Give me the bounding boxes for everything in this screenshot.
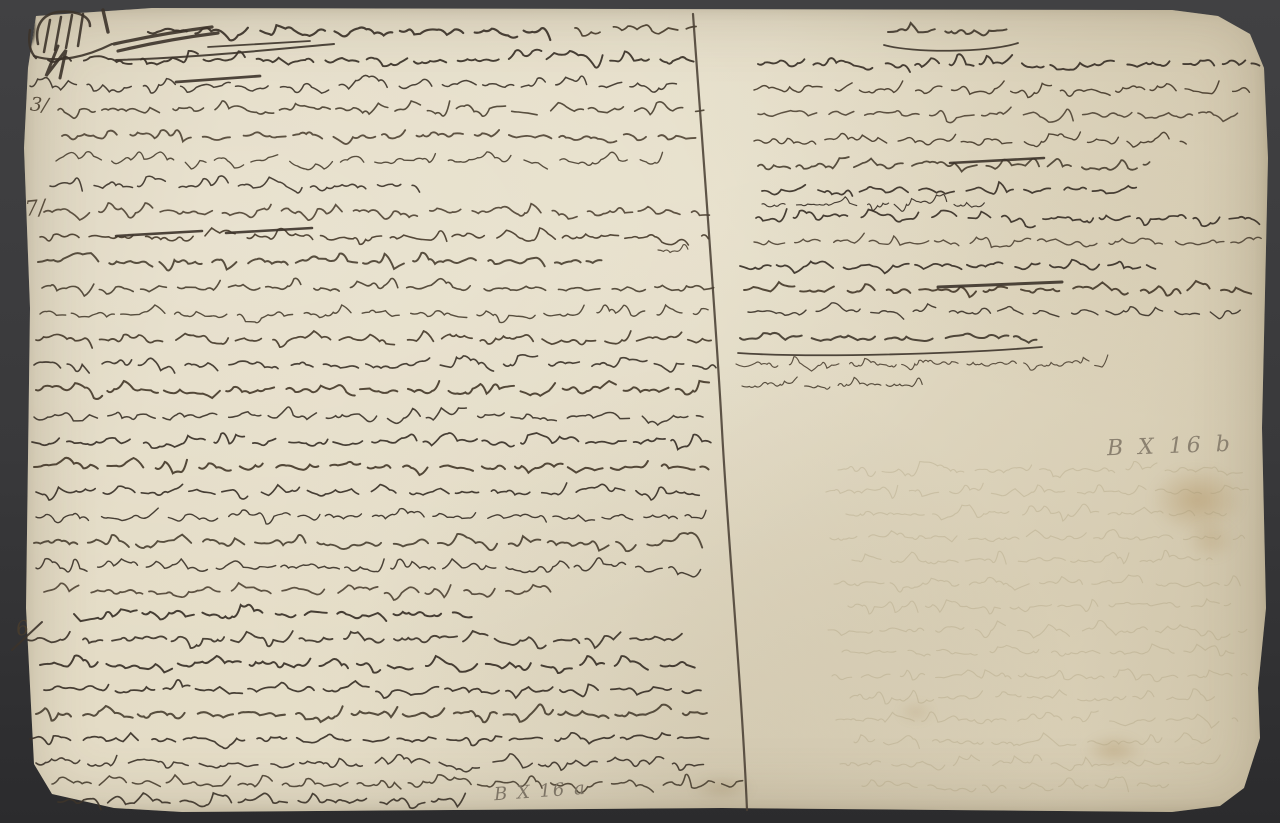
ink-mark [46, 46, 66, 78]
handwriting-line [834, 575, 1240, 592]
handwriting-line [40, 656, 695, 673]
handwriting-line [34, 355, 716, 373]
handwriting-line [850, 689, 1215, 704]
ink-mark [226, 228, 312, 233]
handwriting-line [826, 483, 1248, 498]
handwriting-line [62, 130, 696, 144]
ink-mark [44, 20, 50, 52]
handwriting-line [852, 550, 1212, 564]
ink-mark [66, 15, 72, 48]
handwriting-line [862, 777, 1169, 793]
handwriting-line [52, 774, 743, 792]
scan-background: 3/ 7/ 6 B X 16 b B X 16 a [0, 0, 1280, 823]
handwriting-line [42, 278, 714, 296]
handwriting-line [50, 176, 420, 193]
handwriting-line [575, 25, 696, 36]
handwriting-line [58, 101, 704, 118]
handwriting-line [44, 203, 709, 220]
handwriting-line [36, 483, 699, 500]
handwriting-line [754, 132, 1186, 147]
handwriting-line [740, 260, 1155, 274]
handwriting-line [34, 407, 703, 425]
handwriting-line [28, 631, 682, 648]
handwriting-line [32, 433, 711, 450]
handwriting-line [836, 711, 1238, 728]
handwriting-line [758, 54, 1259, 72]
handwriting-line [854, 733, 1211, 749]
handwriting-line [56, 152, 663, 170]
handwriting-line [658, 245, 688, 253]
margin-number: 7/ [24, 195, 47, 221]
handwriting-line [740, 333, 1037, 343]
handwriting-line [36, 754, 704, 772]
handwriting-ink-layer [0, 0, 1280, 823]
ink-mark [884, 43, 1018, 51]
handwriting-line [756, 209, 1260, 228]
handwriting-line [840, 755, 1220, 771]
handwriting-line [742, 377, 922, 389]
handwriting-line [34, 533, 702, 551]
handwriting-line [36, 508, 706, 524]
handwriting-line [44, 583, 551, 600]
handwriting-line [762, 182, 1136, 196]
handwriting-line [848, 599, 1231, 614]
handwriting-line [758, 157, 1150, 172]
handwriting-line [30, 733, 709, 749]
ink-mark [78, 14, 83, 46]
handwriting-line [758, 107, 1238, 122]
handwriting-line [30, 75, 676, 93]
handwriting-line [754, 233, 1261, 247]
handwriting-line [44, 680, 701, 698]
handwriting-line [842, 644, 1234, 656]
ink-mark [116, 231, 202, 236]
handwriting-line [40, 228, 708, 245]
handwriting-line [34, 458, 709, 475]
handwriting-line [74, 605, 472, 621]
handwriting-line [762, 194, 984, 211]
handwriting-line [36, 331, 711, 348]
margin-number: 3/ [29, 93, 49, 116]
handwriting-line [40, 305, 708, 323]
ink-mark [29, 30, 36, 58]
handwriting-line [36, 704, 707, 722]
ink-mark [176, 76, 260, 82]
handwriting-line [754, 81, 1249, 98]
ink-mark [208, 41, 310, 47]
ink-mark [103, 10, 108, 32]
handwriting-line [888, 23, 1007, 35]
handwriting-line [846, 504, 1226, 521]
handwriting-line [36, 558, 701, 577]
handwriting-line [36, 381, 709, 399]
handwriting-line [838, 461, 1242, 477]
handwriting-line [830, 530, 1245, 542]
handwriting-line [58, 793, 465, 810]
handwriting-line [748, 303, 1240, 319]
handwriting-line [828, 621, 1247, 640]
ink-mark [738, 347, 1042, 355]
handwriting-line [38, 253, 602, 271]
handwriting-line [832, 669, 1247, 682]
handwriting-line [736, 355, 1108, 371]
ink-mark [118, 33, 218, 51]
